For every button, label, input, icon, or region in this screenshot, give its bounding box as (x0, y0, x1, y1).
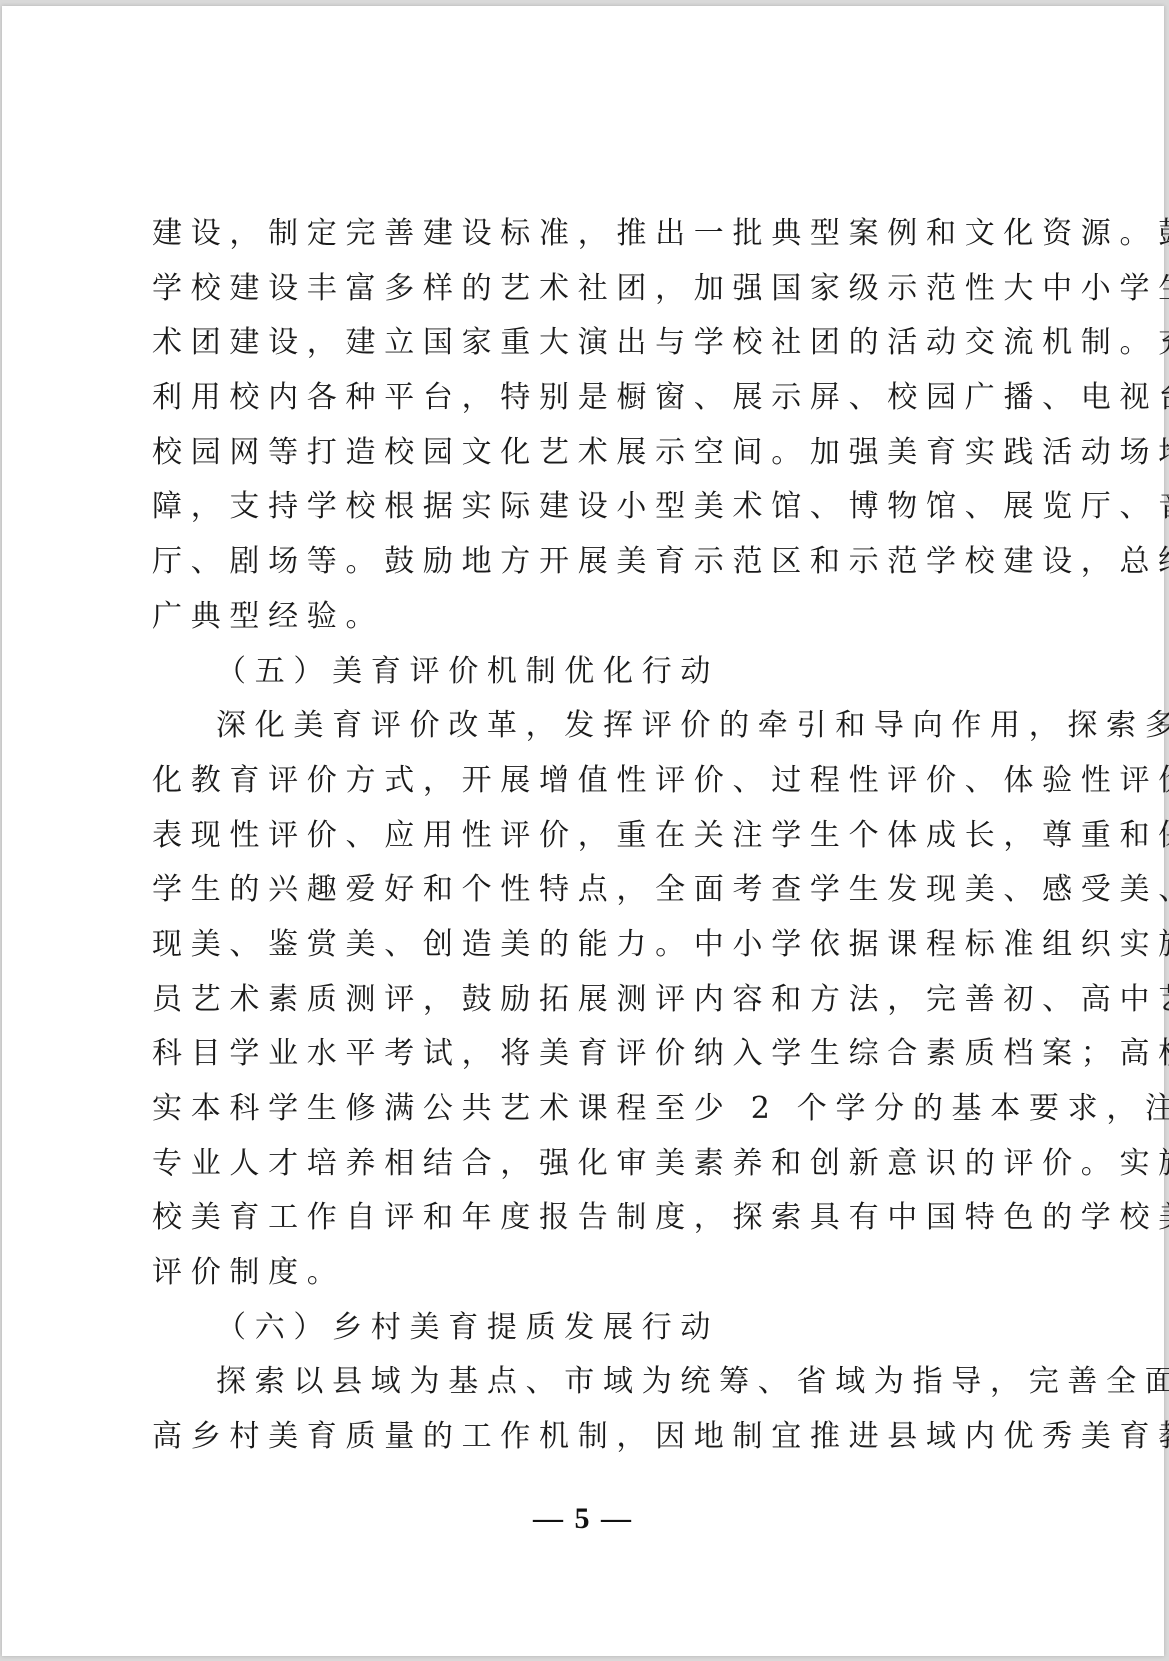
paragraph-line: 员艺术素质测评，鼓励拓展测评内容和方法，完善初、高中艺术 (152, 973, 1032, 1028)
paragraph-line: 评价制度。 (152, 1246, 1032, 1301)
paragraph-line: 化教育评价方式，开展增值性评价、过程性评价、体验性评价、 (152, 754, 1032, 809)
paragraph-line: 校园网等打造校园文化艺术展示空间。加强美育实践活动场地保 (152, 426, 1032, 481)
paragraph-line: 现美、鉴赏美、创造美的能力。中小学依据课程标准组织实施全 (152, 918, 1032, 973)
paragraph-line: 厅、剧场等。鼓励地方开展美育示范区和示范学校建设，总结推 (152, 535, 1032, 590)
page-number: — 5 — (2, 1502, 1164, 1536)
document-body: 建设，制定完善建设标准，推出一批典型案例和文化资源。鼓励 学校建设丰富多样的艺术… (152, 207, 1032, 1465)
document-page: 建设，制定完善建设标准，推出一批典型案例和文化资源。鼓励 学校建设丰富多样的艺术… (2, 6, 1164, 1656)
section-heading-6: （六）乡村美育提质发展行动 (152, 1301, 1032, 1356)
paragraph-line: 表现性评价、应用性评价，重在关注学生个体成长，尊重和保护 (152, 809, 1032, 864)
paragraph-first-line: 探索以县域为基点、市域为统筹、省域为指导，完善全面提 (152, 1355, 1032, 1410)
paragraph-line: 建设，制定完善建设标准，推出一批典型案例和文化资源。鼓励 (152, 207, 1032, 262)
paragraph-line: 利用校内各种平台，特别是橱窗、展示屏、校园广播、电视台、 (152, 371, 1032, 426)
paragraph-line: 广典型经验。 (152, 590, 1032, 645)
paragraph-first-line: 深化美育评价改革，发挥评价的牵引和导向作用，探索多元 (152, 699, 1032, 754)
paragraph-line: 学校建设丰富多样的艺术社团，加强国家级示范性大中小学生艺 (152, 262, 1032, 317)
paragraph-line: 校美育工作自评和年度报告制度，探索具有中国特色的学校美育 (152, 1191, 1032, 1246)
paragraph-line: 学生的兴趣爱好和个性特点，全面考查学生发现美、感受美、表 (152, 863, 1032, 918)
paragraph-line: 术团建设，建立国家重大演出与学校社团的活动交流机制。充分 (152, 316, 1032, 371)
paragraph-line: 障，支持学校根据实际建设小型美术馆、博物馆、展览厅、音乐 (152, 480, 1032, 535)
paragraph-line: 实本科学生修满公共艺术课程至少 2 个学分的基本要求，注重与 (152, 1082, 1032, 1137)
paragraph-line: 高乡村美育质量的工作机制，因地制宜推进县域内优秀美育教师 (152, 1410, 1032, 1465)
section-heading-5: （五）美育评价机制优化行动 (152, 645, 1032, 700)
paragraph-line: 科目学业水平考试，将美育评价纳入学生综合素质档案；高校落 (152, 1027, 1032, 1082)
paragraph-line: 专业人才培养相结合，强化审美素养和创新意识的评价。实施学 (152, 1137, 1032, 1192)
